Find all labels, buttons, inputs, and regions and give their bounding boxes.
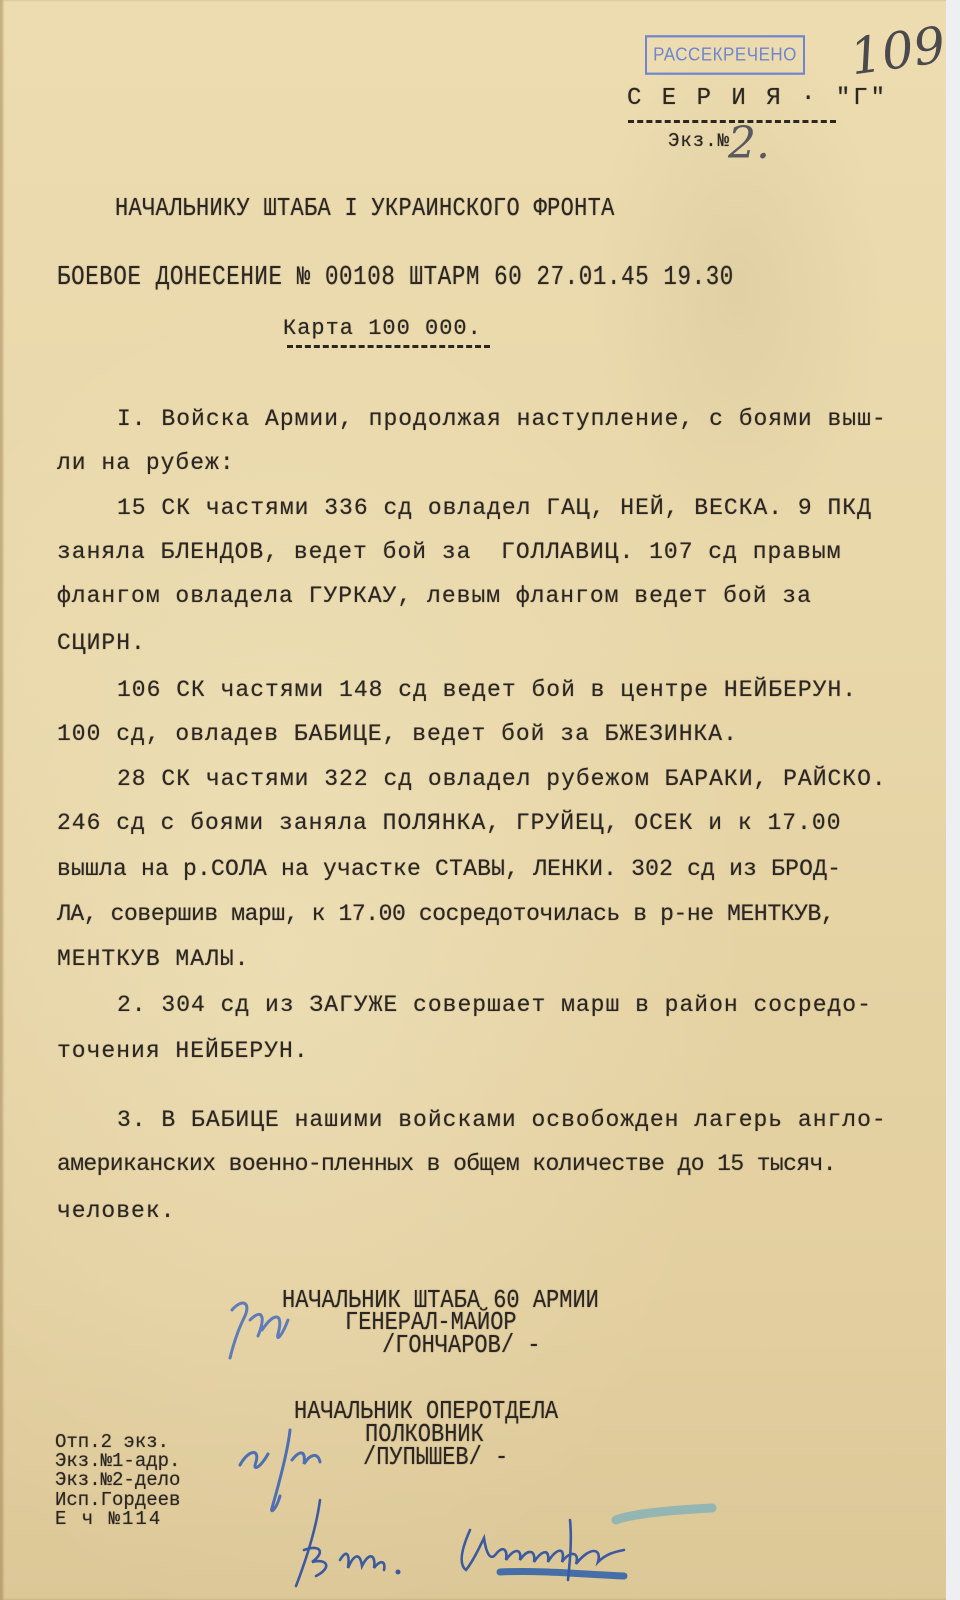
- map-reference: Карта 100 000.: [283, 318, 482, 340]
- body-line: I. Войска Армии, продолжая наступление, …: [117, 408, 887, 431]
- signature-1-name: /ГОНЧАРОВ/ -: [382, 1333, 540, 1359]
- map-underline: [287, 345, 490, 348]
- body-line: человек.: [57, 1200, 175, 1223]
- body-line: 106 СК частями 148 сд ведет бой в центре…: [117, 679, 857, 702]
- addressee: НАЧАЛЬНИКУ ШТАБА I УКРАИНСКОГО ФРОНТА: [115, 196, 615, 222]
- copy-number: 2.: [728, 118, 770, 169]
- document-page: РАССЕКРЕЧЕНО 109 С Е Р И Я · "Г" Экз.№ 2…: [0, 0, 946, 1600]
- footer-note: Экз.№2-дело: [55, 1471, 180, 1490]
- body-line: 246 сд с боями заняла ПОЛЯНКА, ГРУЙЕЦ, О…: [57, 812, 842, 835]
- body-line: ЛА, совершив марш, к 17.00 сосредоточила…: [57, 903, 834, 926]
- certification-signature-icon: [280, 1490, 920, 1600]
- body-line: американских военно-пленных в общем коли…: [57, 1153, 836, 1176]
- report-title: БОЕВОЕ ДОНЕСЕНИЕ № 00108 ШТАРМ 60 27.01.…: [57, 264, 734, 291]
- signature-2-name: /ПУПЫШЕВ/ -: [363, 1445, 508, 1471]
- body-line: СЦИРН.: [57, 632, 146, 655]
- footer-note: Е ч №114: [55, 1510, 162, 1529]
- body-line: заняла БЛЕНДОВ, ведет бой за ГОЛЛАВИЦ. 1…: [57, 541, 842, 564]
- page-number: 109: [846, 16, 949, 87]
- body-line: 15 СК частями 336 сд овладел ГАЦ, НЕЙ, В…: [117, 497, 872, 520]
- body-line: 28 СК частями 322 сд овладел рубежом БАР…: [117, 768, 887, 791]
- body-line: 2. 304 сд из ЗАГУЖЕ совершает марш в рай…: [117, 994, 872, 1017]
- body-line: точения НЕЙБЕРУН.: [57, 1040, 309, 1063]
- body-line: 3. В БАБИЦЕ нашими войсками освобожден л…: [117, 1109, 887, 1132]
- copy-label: Экз.№: [668, 132, 730, 151]
- handwritten-pp-1-icon: [222, 1290, 312, 1370]
- body-line: вышла на р.СОЛА на участке СТАВЫ, ЛЕНКИ.…: [57, 858, 841, 881]
- body-line: флангом овладела ГУРКАУ, левым флангом в…: [57, 585, 812, 608]
- series-label: С Е Р И Я · "Г": [627, 87, 888, 111]
- body-line: ли на рубеж:: [57, 452, 235, 475]
- declassified-stamp: РАССЕКРЕЧЕНО: [645, 35, 805, 75]
- body-line: 100 сд, овладев БАБИЦЕ, ведет бой за БЖЕ…: [57, 723, 738, 746]
- body-line: МЕНТКУВ МАЛЫ.: [57, 948, 249, 971]
